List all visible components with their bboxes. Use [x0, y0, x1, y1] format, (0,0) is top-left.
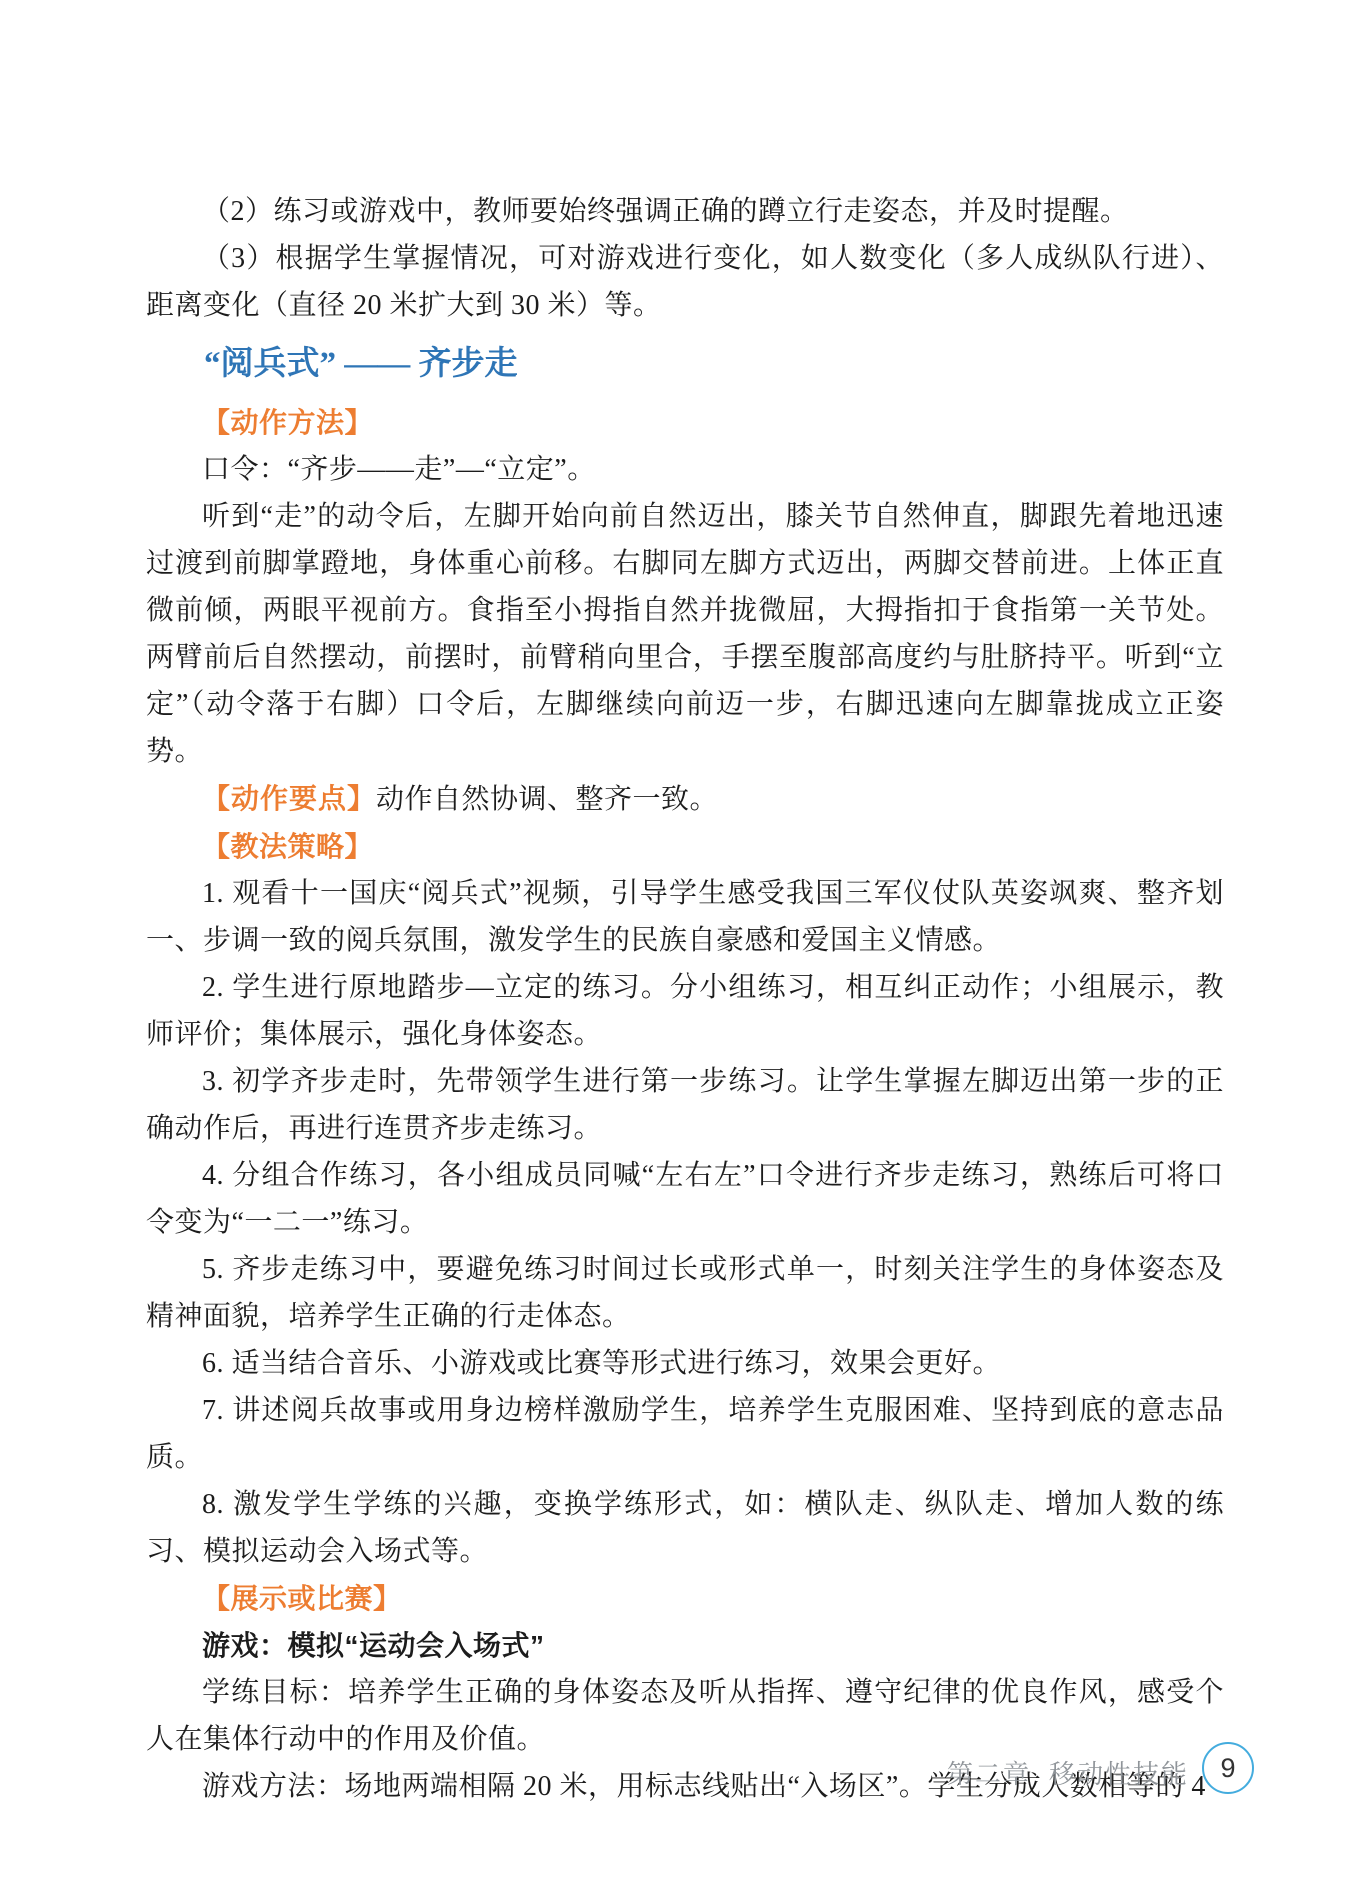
- paragraph-key-points: 【动作要点】动作自然协调、整齐一致。: [146, 775, 1224, 823]
- key-points-text: 动作自然协调、整齐一致。: [376, 784, 718, 815]
- page-number-badge: 9: [1202, 1742, 1254, 1794]
- document-page: （2）练习或游戏中，教师要始终强调正确的蹲立行走姿态，并及时提醒。 （3）根据学…: [0, 0, 1359, 1891]
- label-teaching-strategy: 【教法策略】: [146, 823, 1224, 870]
- paragraph-command: 口令：“齐步——走”—“立定”。: [146, 446, 1224, 493]
- paragraph-note-3: （3）根据学生掌握情况，可对游戏进行变化，如人数变化（多人成纵队行进）、距离变化…: [146, 235, 1224, 329]
- label-show-or-compete: 【展示或比赛】: [146, 1575, 1224, 1622]
- strategy-item-5: 5. 齐步走练习中，要避免练习时间过长或形式单一，时刻关注学生的身体姿态及精神面…: [146, 1246, 1224, 1340]
- footer-chapter: 第二章: [947, 1759, 1031, 1789]
- strategy-item-3: 3. 初学齐步走时，先带领学生进行第一步练习。让学生掌握左脚迈出第一步的正确动作…: [146, 1058, 1224, 1152]
- footer-section: 移动性技能: [1049, 1759, 1189, 1789]
- game-title: 游戏：模拟“运动会入场式”: [146, 1622, 1224, 1669]
- label-action-method: 【动作方法】: [146, 399, 1224, 446]
- footer-running-title: 第二章移动性技能: [947, 1754, 1189, 1791]
- strategy-item-6: 6. 适当结合音乐、小游戏或比赛等形式进行练习，效果会更好。: [146, 1340, 1224, 1387]
- paragraph-method-description: 听到“走”的动令后，左脚开始向前自然迈出，膝关节自然伸直，脚跟先着地迅速过渡到前…: [146, 493, 1224, 775]
- page-footer: 第二章移动性技能 9: [0, 1742, 1359, 1800]
- strategy-item-8: 8. 激发学生学练的兴趣，变换学练形式，如：横队走、纵队走、增加人数的练习、模拟…: [146, 1481, 1224, 1575]
- paragraph-note-2: （2）练习或游戏中，教师要始终强调正确的蹲立行走姿态，并及时提醒。: [146, 188, 1224, 235]
- strategy-item-4: 4. 分组合作练习，各小组成员同喊“左右左”口令进行齐步走练习，熟练后可将口令变…: [146, 1152, 1224, 1246]
- strategy-item-1: 1. 观看十一国庆“阅兵式”视频，引导学生感受我国三军仪仗队英姿飒爽、整齐划一、…: [146, 870, 1224, 964]
- strategy-item-2: 2. 学生进行原地踏步—立定的练习。分小组练习，相互纠正动作；小组展示，教师评价…: [146, 964, 1224, 1058]
- section-title: “阅兵式” —— 齐步走: [204, 339, 1224, 389]
- label-key-points: 【动作要点】: [202, 783, 376, 814]
- page-content: （2）练习或游戏中，教师要始终强调正确的蹲立行走姿态，并及时提醒。 （3）根据学…: [146, 188, 1224, 1810]
- strategy-item-7: 7. 讲述阅兵故事或用身边榜样激励学生，培养学生克服困难、坚持到底的意志品质。: [146, 1387, 1224, 1481]
